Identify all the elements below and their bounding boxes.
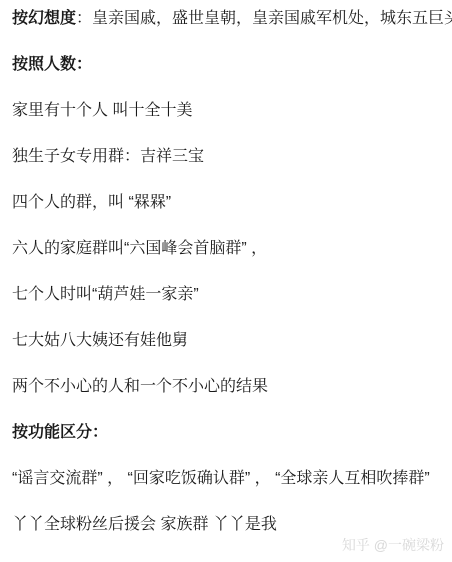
intro-label: 按幻想度 — [12, 10, 76, 27]
body-line: 七大姑八大姨还有娃他舅 — [12, 332, 444, 350]
article-content: 按幻想度：皇亲国戚，盛世皇朝，皇亲国戚军机处，城东五巨头 按照人数： 家里有十个… — [0, 0, 452, 534]
body-line: 独生子女专用群：吉祥三宝 — [12, 148, 444, 166]
body-line: 四个人的群，叫 “槑槑” — [12, 194, 444, 212]
intro-line: 按幻想度：皇亲国戚，盛世皇朝，皇亲国戚军机处，城东五巨头 — [12, 10, 444, 28]
section-heading-by-count: 按照人数： — [12, 56, 444, 74]
body-line: 六人的家庭群叫“六国峰会首脑群” ， — [12, 240, 444, 258]
body-line: 丫丫全球粉丝后援会 家族群 丫丫是我 — [12, 516, 444, 534]
intro-text: ：皇亲国戚，盛世皇朝，皇亲国戚军机处，城东五巨头 — [76, 10, 452, 27]
section-heading-by-function: 按功能区分： — [12, 424, 444, 442]
body-line: 两个不小心的人和一个不小心的结果 — [12, 378, 444, 396]
zhihu-watermark: 知乎 @一碗梁粉 — [342, 536, 444, 554]
body-line: 七个人时叫“葫芦娃一家亲” — [12, 286, 444, 304]
body-line: “谣言交流群” ， “回家吃饭确认群” ， “全球亲人互相吹捧群” — [12, 470, 444, 488]
body-line: 家里有十个人 叫十全十美 — [12, 102, 444, 120]
